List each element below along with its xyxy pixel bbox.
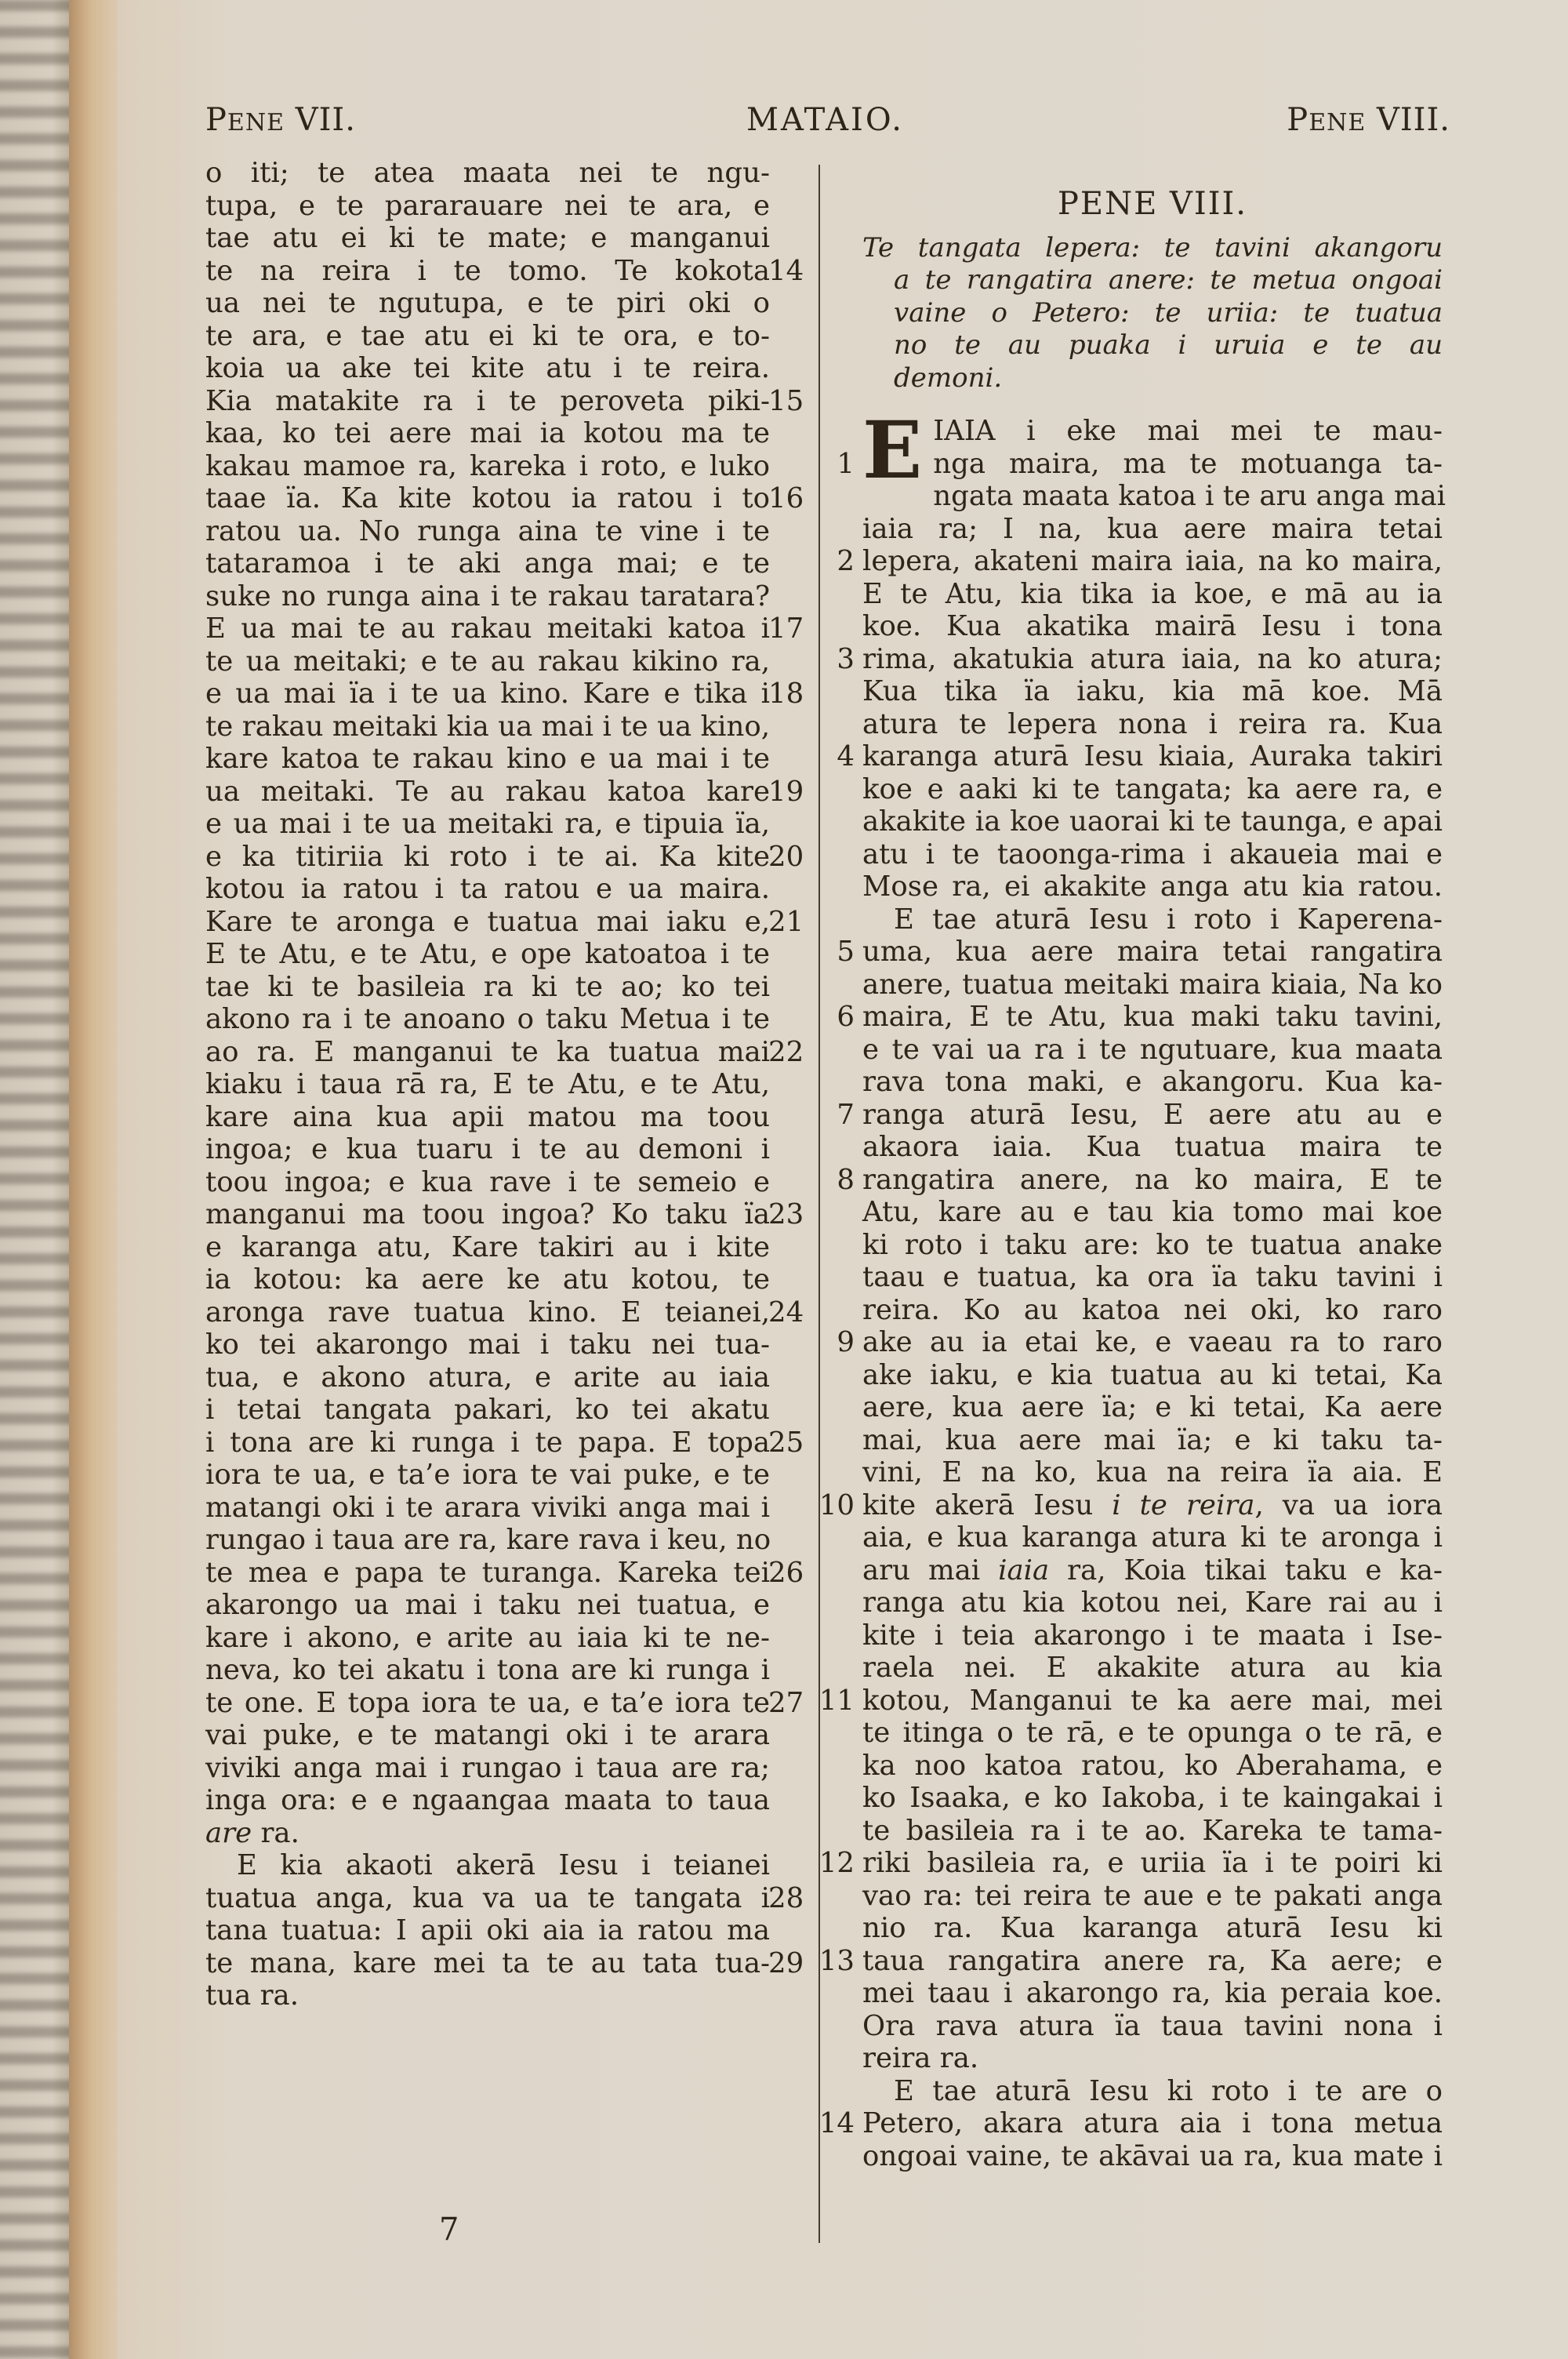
text-line: ake au ia etai ke, e vaeau ra to raro [862, 1326, 1443, 1359]
verse-line: te itinga o te rā, e te opunga o te rā, … [862, 1717, 1443, 1750]
text-line: ranga atu kia kotou nei, Kare rai au i [862, 1587, 1443, 1619]
text-line: ranga aturā Iesu, E aere atu au e [862, 1099, 1443, 1132]
text-line: anere, tuatua meitaki maira kiaia, Na ko [862, 969, 1443, 1001]
text-line: E tae aturā Iesu i roto i Kaperena- [862, 903, 1443, 936]
verse-line: rangatira anere, na ko maira, E te [862, 1164, 1443, 1197]
verse-line: kiaku i taua rā ra, E te Atu, e te Atu, [205, 1068, 770, 1101]
text-line: tana tuatua: I apii oki aia ia ratou ma [205, 1914, 770, 1947]
text-line: kare i akono, e arite au iaia ki te ne- [205, 1622, 770, 1655]
verse-number: 1 [815, 448, 855, 481]
text-line: IAIA i eke mai mei te mau- [862, 415, 1443, 448]
text-line: kare katoa te rakau kino e ua mai i te [205, 743, 770, 776]
text-line: ngata maata katoa i te aru anga mai [862, 480, 1443, 513]
italic-word: are [205, 1817, 252, 1849]
verse-line: i tetai tangata pakari, ko tei akatu [205, 1394, 770, 1427]
text-line: akakite ia koe uaorai ki te taunga, e ap… [862, 805, 1443, 838]
text-line: tua, e akono atura, e arite au iaia [205, 1361, 770, 1394]
text-line: manganui ma toou ingoa? Ko taku ïa [205, 1198, 770, 1231]
text-line: te itinga o te rā, e te opunga o te rā, … [862, 1717, 1443, 1750]
verse-line: tuatua anga, kua va ua te tangata i [205, 1882, 770, 1915]
verse-number: 27 [768, 1687, 804, 1720]
verse-line: tae ki te basileia ra ki te ao; ko tei [205, 971, 770, 1004]
verse-line: matangi oki i te arara viviki anga mai i [205, 1492, 770, 1525]
italic-phrase: iaia [998, 1554, 1049, 1587]
verse-line: ranga atu kia kotou nei, Kare rai au i [862, 1587, 1443, 1619]
verse-line: nio ra. Kua karanga aturā Iesu ki13 [862, 1912, 1443, 1945]
verse-number: 17 [768, 612, 804, 645]
text-line: rungao i taua are ra, kare rava i keu, n… [205, 1524, 770, 1557]
verse-line: manganui ma toou ingoa? Ko taku ïa23 [205, 1198, 770, 1231]
verse-line: te na reira i te tomo. Te kokota14 [205, 255, 770, 288]
text-line: akaora iaia. Kua tuatua maira te [862, 1131, 1443, 1164]
text-line: kite i teia akarongo i te maata i Ise- [862, 1619, 1443, 1652]
verse-line: e te vai ua ra i te ngutuare, kua maata [862, 1034, 1443, 1067]
page-number: 7 [439, 2212, 459, 2248]
verse-line: vao ra: tei reira te aue e te pakati ang… [862, 1880, 1443, 1913]
verse-line: Ora rava atura ïa taua tavini nona i [862, 2010, 1443, 2043]
verse-number: 12 [815, 1847, 855, 1880]
verse-line: reira. Ko au katoa nei oki, ko raro9 [862, 1294, 1443, 1327]
verse-number: 14 [768, 255, 804, 288]
verse-number: 18 [768, 678, 804, 711]
text-line: tae atu ei ki te mate; e manganui [205, 222, 770, 255]
text-line: tupa, e te pararauare nei te ara, e [205, 190, 770, 223]
text-line: Kare te aronga e tuatua mai iaku e, [205, 906, 770, 939]
verse-line: IAIA i eke mai mei te mau-1 [862, 415, 1443, 448]
text-line: aru mai iaia ra, Koia tikai taku e ka- [862, 1554, 1443, 1587]
text-line: ake iaku, e kia tuatua au ki tetai, Ka [862, 1359, 1443, 1392]
verse-line: te mea e papa te turanga. Kareka tei26 [205, 1557, 770, 1590]
verse-line: e ka titiriia ki roto i te ai. Ka kite20 [205, 841, 770, 874]
verse-line: iaia ra; I na, kua aere maira tetai2 [862, 513, 1443, 546]
chapter-label-left: PENE [205, 102, 285, 138]
text-line: inga ora: e e ngaangaa maata to taua [205, 1784, 770, 1817]
text-line: ingoa; e kua tuaru i te au demoni i [205, 1133, 770, 1166]
verse-line: E tae aturā Iesu ki roto i te are o14 [862, 2075, 1443, 2108]
verse-number: 23 [768, 1198, 804, 1231]
right-column: PENE VIII. Te tangata lepera: te tavini … [862, 157, 1443, 2172]
verse-line: mai, kua aere mai ïa; e ki taku ta- [862, 1424, 1443, 1457]
verse-line: i tona are ki runga i te papa. E topa25 [205, 1427, 770, 1459]
text-line: ki roto i taku are: ko te tuatua anake [862, 1229, 1443, 1262]
running-head-left: PENE VII. [205, 102, 356, 138]
text-line: te na reira i te tomo. Te kokota [205, 255, 770, 288]
text-line: ua meitaki. Te au rakau katoa kare [205, 776, 770, 809]
verse-line: E ua mai te au rakau meitaki katoa i17 [205, 612, 770, 645]
facing-page-edge [0, 0, 74, 2359]
verse-line: kaa, ko tei aere mai ia kotou ma te [205, 417, 770, 450]
verse-number: 7 [815, 1099, 855, 1132]
verse-line: ao ra. E manganui te ka tuatua mai22 [205, 1036, 770, 1069]
verse-line: te ara, e tae atu ei ki te ora, e to- [205, 320, 770, 353]
verse-line: E te Atu, kia tika ia koe, e mā au ia [862, 578, 1443, 611]
verse-line: kakau mamoe ra, kareka i roto, e luko [205, 450, 770, 483]
text-line: kare aina kua apii matou ma toou [205, 1101, 770, 1134]
text-line: kotou, Manganui te ka aere mai, mei [862, 1685, 1443, 1717]
verse-line: viviki anga mai i rungao i taua are ra; [205, 1752, 770, 1785]
text-line: tua ra. [205, 1979, 770, 2012]
text-line: tuatua anga, kua va ua te tangata i [205, 1882, 770, 1915]
verse-line: tae atu ei ki te mate; e manganui [205, 222, 770, 255]
verse-number: 22 [768, 1036, 804, 1069]
text-line: mai, kua aere mai ïa; e ki taku ta- [862, 1424, 1443, 1457]
text-line: E tae aturā Iesu ki roto i te are o [862, 2075, 1443, 2108]
verse-line: maira, E te Atu, kua maki taku tavini, [862, 1001, 1443, 1034]
text-line: te mea e papa te turanga. Kareka tei [205, 1557, 770, 1590]
italic-phrase: i te reira [1112, 1489, 1254, 1521]
verse-line: akakite ia koe uaorai ki te taunga, e ap… [862, 805, 1443, 838]
verse-line: kare aina kua apii matou ma toou [205, 1101, 770, 1134]
verse-line: reira ra. [862, 2042, 1443, 2075]
chapter-summary: Te tangata lepera: te tavini akangorua t… [862, 232, 1443, 395]
verse-line: ake au ia etai ke, e vaeau ra to raro [862, 1326, 1443, 1359]
summary-line: no te au puaka i uruia e te au [862, 329, 1443, 362]
verse-line: tataramoa i te aki anga mai; e te [205, 547, 770, 580]
text-line: akono ra i te anoano o taku Metua i te [205, 1003, 770, 1036]
text-line: atura te lepera nona i reira ra. Kua [862, 708, 1443, 741]
chapter-number-right: VIII. [1377, 102, 1450, 138]
text-line: taau e tuatua, ka ora ïa taku tavini i [862, 1261, 1443, 1294]
text-line: rima, akatukia atura iaia, na ko atura; [862, 643, 1443, 676]
text-line: ua nei te ngutupa, e te piri oki o [205, 287, 770, 320]
verse-line: aronga rave tuatua kino. E teianei,24 [205, 1296, 770, 1329]
text-line: ko tei akarongo mai i taku nei tua- [205, 1329, 770, 1361]
text-line: tae ki te basileia ra ki te ao; ko tei [205, 971, 770, 1004]
verse-line: ki roto i taku are: ko te tuatua anake [862, 1229, 1443, 1262]
text-line: E kia akaoti akerā Iesu i teianei [205, 1849, 770, 1882]
text-line: o iti; te atea maata nei te ngu- [205, 157, 770, 190]
verse-line: ake iaku, e kia tuatua au ki tetai, Ka [862, 1359, 1443, 1392]
verse-line: akarongo ua mai i taku nei tuatua, e [205, 1589, 770, 1622]
text-line: kiaku i taua rā ra, E te Atu, e te Atu, [205, 1068, 770, 1101]
text-line: vai puke, e te matangi oki i te arara [205, 1719, 770, 1752]
facing-page-text-blur [0, 0, 74, 2359]
verse-number: 26 [768, 1557, 804, 1590]
right-column-body: EIAIA i eke mai mei te mau-1nga maira, m… [862, 415, 1443, 2172]
verse-line: akono ra i te anoano o taku Metua i te [205, 1003, 770, 1036]
verse-line: ranga aturā Iesu, E aere atu au e [862, 1099, 1443, 1132]
text-line: E te Atu, e te Atu, e ope katoatoa i te [205, 938, 770, 971]
text-line: kakau mamoe ra, kareka i roto, e luko [205, 450, 770, 483]
running-head-right: PENE VIII. [1287, 102, 1450, 138]
text-line: E te Atu, kia tika ia koe, e mā au ia [862, 578, 1443, 611]
verse-line: tana tuatua: I apii oki aia ia ratou ma2… [205, 1914, 770, 1947]
text-line: kotou ia ratou i ta ratou e ua maira. [205, 873, 770, 906]
text-line: maira, E te Atu, kua maki taku tavini, [862, 1001, 1443, 1034]
verse-line: rungao i taua are ra, kare rava i keu, n… [205, 1524, 770, 1557]
verse-line: ngata maata katoa i te aru anga mai [862, 480, 1443, 513]
verse-line: te rakau meitaki kia ua mai i te ua kino… [205, 711, 770, 743]
verse-line: koe. Kua akatika mairā Iesu i tona3 [862, 610, 1443, 643]
text-line: lepera, akateni maira iaia, na ko maira, [862, 545, 1443, 578]
verse-line: lepera, akateni maira iaia, na ko maira, [862, 545, 1443, 578]
text-line: koe e aaki ki te tangata; ka aere ra, e [862, 773, 1443, 806]
verse-line: E tae aturā Iesu i roto i Kaperena-5 [862, 903, 1443, 936]
verse-line: taua rangatira anere ra, Ka aere; e [862, 1945, 1443, 1978]
verse-line: e ua mai i te ua meitaki ra, e tipuia ïa… [205, 808, 770, 841]
text-line: Petero, akara atura aia i tona metua [862, 2107, 1443, 2140]
text-line: aere, kua aere ïa; e ki tetai, Ka aere [862, 1391, 1443, 1424]
text-line: karanga aturā Iesu kiaia, Auraka takiri [862, 740, 1443, 773]
verse-number: 15 [768, 385, 804, 418]
verse-number: 24 [768, 1296, 804, 1329]
verse-number: 16 [768, 482, 804, 515]
verse-line: raela nei. E akakite atura au kia11 [862, 1652, 1443, 1685]
text-line: te basileia ra i te ao. Kareka te tama- [862, 1815, 1443, 1848]
verse-line: kotou, Manganui te ka aere mai, mei [862, 1685, 1443, 1717]
verse-number: 29 [768, 1947, 804, 1980]
verse-number: 5 [815, 936, 855, 969]
text-line: ongoai vaine, te akāvai ua ra, kua mate … [862, 2140, 1443, 2173]
text-line: taua rangatira anere ra, Ka aere; e [862, 1945, 1443, 1978]
text-line: rava tona maki, e akangoru. Kua ka- [862, 1066, 1443, 1099]
text-line: kite akerā Iesu i te reira, va ua iora [862, 1489, 1443, 1522]
verse-line: Mose ra, ei akakite anga atu kia ratou. [862, 871, 1443, 903]
text-line: i tetai tangata pakari, ko tei akatu [205, 1394, 770, 1427]
book-gutter [69, 0, 124, 2359]
verse-line: kare i akono, e arite au iaia ki te ne- [205, 1622, 770, 1655]
text-line: te one. E topa iora te ua, e ta’e iora t… [205, 1687, 770, 1720]
text-line: Mose ra, ei akakite anga atu kia ratou. [862, 871, 1443, 903]
verse-line: te one. E topa iora te ua, e ta’e iora t… [205, 1687, 770, 1720]
verse-number: 8 [815, 1164, 855, 1197]
verse-line: e ua mai ïa i te ua kino. Kare e tika i1… [205, 678, 770, 711]
verse-line: taau e tuatua, ka ora ïa taku tavini i [862, 1261, 1443, 1294]
verse-line: karanga aturā Iesu kiaia, Auraka takiri [862, 740, 1443, 773]
verse-line: ratou ua. No runga aina te vine i te [205, 515, 770, 548]
verse-line: mei taau i akarongo ra, kia peraia koe. [862, 1977, 1443, 2010]
verse-number: 3 [815, 643, 855, 676]
verse-line: suke no runga aina i te rakau taratara? [205, 580, 770, 613]
text-line: aia, e kua karanga atura ki te aronga i [862, 1521, 1443, 1554]
verse-number: 6 [815, 1001, 855, 1034]
text-line: nio ra. Kua karanga aturā Iesu ki [862, 1912, 1443, 1945]
text-line: raela nei. E akakite atura au kia [862, 1652, 1443, 1685]
text-line: e ua mai i te ua meitaki ra, e tipuia ïa… [205, 808, 770, 841]
text-line: e te vai ua ra i te ngutuare, kua maata [862, 1034, 1443, 1067]
summary-line: vaine o Petero: te uriia: te tuatua [862, 297, 1443, 330]
verse-number: 20 [768, 841, 804, 874]
text-line: te ua meitaki; e te au rakau kikino ra, [205, 645, 770, 678]
verse-line: ko Isaaka, e ko Iakoba, i te kaingakai i [862, 1782, 1443, 1815]
verse-line: akaora iaia. Kua tuatua maira te8 [862, 1131, 1443, 1164]
text-line: neva, ko tei akatu i tona are ki runga i [205, 1654, 770, 1687]
verse-number: 11 [815, 1685, 855, 1717]
verse-line: atu i te taoonga-rima i akaueia mai e [862, 838, 1443, 871]
text-line: reira ra. [862, 2042, 1443, 2075]
verse-line: aere, kua aere ïa; e ki tetai, Ka aere [862, 1391, 1443, 1424]
text-line: atu i te taoonga-rima i akaueia mai e [862, 838, 1443, 871]
verse-number: 19 [768, 776, 804, 809]
text-line: uma, kua aere maira tetai rangatira [862, 936, 1443, 969]
text-line: i tona are ki runga i te papa. E topa [205, 1427, 770, 1459]
verse-line: ua meitaki. Te au rakau katoa kare19 [205, 776, 770, 809]
text-line: taae ïa. Ka kite kotou ia ratou i to [205, 482, 770, 515]
verse-line: koia ua ake tei kite atu i te reira. [205, 352, 770, 385]
verse-number: 28 [768, 1882, 804, 1915]
text-line: akarongo ua mai i taku nei tuatua, e [205, 1589, 770, 1622]
verse-line: uma, kua aere maira tetai rangatira [862, 936, 1443, 969]
text-line: ao ra. E manganui te ka tuatua mai [205, 1036, 770, 1069]
verse-line: tua, e akono atura, e arite au iaia [205, 1361, 770, 1394]
chapter-title: PENE VIII. [862, 188, 1443, 221]
summary-line: Te tangata lepera: te tavini akangoru [862, 232, 1443, 265]
verse-line: o iti; te atea maata nei te ngu- [205, 157, 770, 190]
text-line: te rakau meitaki kia ua mai i te ua kino… [205, 711, 770, 743]
text-line: matangi oki i te arara viviki anga mai i [205, 1492, 770, 1525]
verse-line: tupa, e te pararauare nei te ara, e [205, 190, 770, 223]
text-line: E ua mai te au rakau meitaki katoa i [205, 612, 770, 645]
text-line: suke no runga aina i te rakau taratara? [205, 580, 770, 613]
text-line: aronga rave tuatua kino. E teianei, [205, 1296, 770, 1329]
verse-line: te ua meitaki; e te au rakau kikino ra, [205, 645, 770, 678]
verse-number: 25 [768, 1427, 804, 1459]
verse-line: riki basileia ra, e uriia ïa i te poiri … [862, 1847, 1443, 1880]
verse-line: kite i teia akarongo i te maata i Ise- [862, 1619, 1443, 1652]
verse-line: Kia matakite ra i te peroveta piki-15 [205, 385, 770, 418]
verse-number: 13 [815, 1945, 855, 1978]
verse-line: ko tei akarongo mai i taku nei tua- [205, 1329, 770, 1361]
text-line: te ara, e tae atu ei ki te ora, e to- [205, 320, 770, 353]
book-title: MATAIO. [746, 102, 904, 138]
verse-line: rima, akatukia atura iaia, na ko atura; [862, 643, 1443, 676]
verse-number: 4 [815, 740, 855, 773]
verse-line: inga ora: e e ngaangaa maata to taua [205, 1784, 770, 1817]
verse-line: toou ingoa; e kua rave i te semeio e [205, 1166, 770, 1199]
text-line: e karanga atu, Kare takiri au i kite [205, 1231, 770, 1264]
verse-line: tua ra. [205, 1979, 770, 2012]
text-line: rangatira anere, na ko maira, E te [862, 1164, 1443, 1197]
verse-line: ia kotou: ka aere ke atu kotou, te [205, 1263, 770, 1296]
verse-line: are ra. [205, 1817, 770, 1850]
text-line: ka noo katoa ratou, ko Aberahama, e [862, 1750, 1443, 1783]
text-line: Kua tika ïa iaku, kia mā koe. Mā [862, 675, 1443, 708]
verse-line: koe e aaki ki te tangata; ka aere ra, e [862, 773, 1443, 806]
verse-line: ingoa; e kua tuaru i te au demoni i [205, 1133, 770, 1166]
text-line: toou ingoa; e kua rave i te semeio e [205, 1166, 770, 1199]
text-line: riki basileia ra, e uriia ïa i te poiri … [862, 1847, 1443, 1880]
verse-line: e karanga atu, Kare takiri au i kite [205, 1231, 770, 1264]
text-line: Ora rava atura ïa taua tavini nona i [862, 2010, 1443, 2043]
text-line: koia ua ake tei kite atu i te reira. [205, 352, 770, 385]
text-line: iaia ra; I na, kua aere maira tetai [862, 513, 1443, 546]
summary-line: a te rangatira anere: te metua ongoai [862, 264, 1443, 297]
text-line: ko Isaaka, e ko Iakoba, i te kaingakai i [862, 1782, 1443, 1815]
text-line: e ua mai ïa i te ua kino. Kare e tika i [205, 678, 770, 711]
verse-number: 9 [815, 1326, 855, 1359]
verse-line: kite akerā Iesu i te reira, va ua iora [862, 1489, 1443, 1522]
chapter-number-left: VII. [296, 102, 356, 138]
verse-line: iora te ua, e ta’e iora te vai puke, e t… [205, 1459, 770, 1492]
verse-line: vini, E na ko, kua na reira ïa aia. E10 [862, 1456, 1443, 1489]
chapter-label-right: PENE [1287, 102, 1366, 138]
left-column: o iti; te atea maata nei te ngu-tupa, e … [205, 157, 770, 2012]
verse-line: kare katoa te rakau kino e ua mai i te [205, 743, 770, 776]
verse-line: vai puke, e te matangi oki i te arara [205, 1719, 770, 1752]
verse-line: te mana, kare mei ta te au tata tua- [205, 1947, 770, 1980]
text-line: kaa, ko tei aere mai ia kotou ma te [205, 417, 770, 450]
verse-line: E te Atu, e te Atu, e ope katoatoa i te [205, 938, 770, 971]
verse-line: Petero, akara atura aia i tona metua [862, 2107, 1443, 2140]
verse-line: ua nei te ngutupa, e te piri oki o [205, 287, 770, 320]
text-line: vao ra: tei reira te aue e te pakati ang… [862, 1880, 1443, 1913]
text-line: Kia matakite ra i te peroveta piki- [205, 385, 770, 418]
verse-number: 21 [768, 906, 804, 939]
text-line: are ra. [205, 1817, 770, 1850]
verse-line: ka noo katoa ratou, ko Aberahama, e [862, 1750, 1443, 1783]
text-line: reira. Ko au katoa nei oki, ko raro [862, 1294, 1443, 1327]
verse-line: aru mai iaia ra, Koia tikai taku e ka- [862, 1554, 1443, 1587]
verse-line: Kare te aronga e tuatua mai iaku e,21 [205, 906, 770, 939]
verse-line: Kua tika ïa iaku, kia mā koe. Mā [862, 675, 1443, 708]
verse-line: neva, ko tei akatu i tona are ki runga i [205, 1654, 770, 1687]
verse-line: taae ïa. Ka kite kotou ia ratou i to16 [205, 482, 770, 515]
verse-line: anere, tuatua meitaki maira kiaia, Na ko… [862, 969, 1443, 1001]
text-line: ia kotou: ka aere ke atu kotou, te [205, 1263, 770, 1296]
verse-line: atura te lepera nona i reira ra. Kua4 [862, 708, 1443, 741]
text-line: mei taau i akarongo ra, kia peraia koe. [862, 1977, 1443, 2010]
text-line: ratou ua. No runga aina te vine i te [205, 515, 770, 548]
verse-line: rava tona maki, e akangoru. Kua ka-7 [862, 1066, 1443, 1099]
verse-line: ongoai vaine, te akāvai ua ra, kua mate … [862, 2140, 1443, 2173]
verse-line: E kia akaoti akerā Iesu i teianei28 [205, 1849, 770, 1882]
text-line: Atu, kare au e tau kia tomo mai koe [862, 1196, 1443, 1229]
text-line: vini, E na ko, kua na reira ïa aia. E [862, 1456, 1443, 1489]
verse-line: te basileia ra i te ao. Kareka te tama-1… [862, 1815, 1443, 1848]
verse-line: Atu, kare au e tau kia tomo mai koe [862, 1196, 1443, 1229]
text-line: tataramoa i te aki anga mai; e te [205, 547, 770, 580]
text-line: koe. Kua akatika mairā Iesu i tona [862, 610, 1443, 643]
text-line: viviki anga mai i rungao i taua are ra; [205, 1752, 770, 1785]
text-line: e ka titiriia ki roto i te ai. Ka kite [205, 841, 770, 874]
verse-number: 10 [815, 1489, 855, 1522]
text-line: te mana, kare mei ta te au tata tua- [205, 1947, 770, 1980]
verse-number: 14 [815, 2107, 855, 2140]
verse-number: 2 [815, 545, 855, 578]
verse-line: nga maira, ma te motuanga ta- [862, 448, 1443, 481]
verse-line: aia, e kua karanga atura ki te aronga i [862, 1521, 1443, 1554]
text-line: nga maira, ma te motuanga ta- [862, 448, 1443, 481]
summary-line: demoni. [862, 362, 1443, 395]
verse-line: kotou ia ratou i ta ratou e ua maira. [205, 873, 770, 906]
running-head: PENE VII. MATAIO. PENE VIII. [205, 102, 1450, 149]
text-line: iora te ua, e ta’e iora te vai puke, e t… [205, 1459, 770, 1492]
